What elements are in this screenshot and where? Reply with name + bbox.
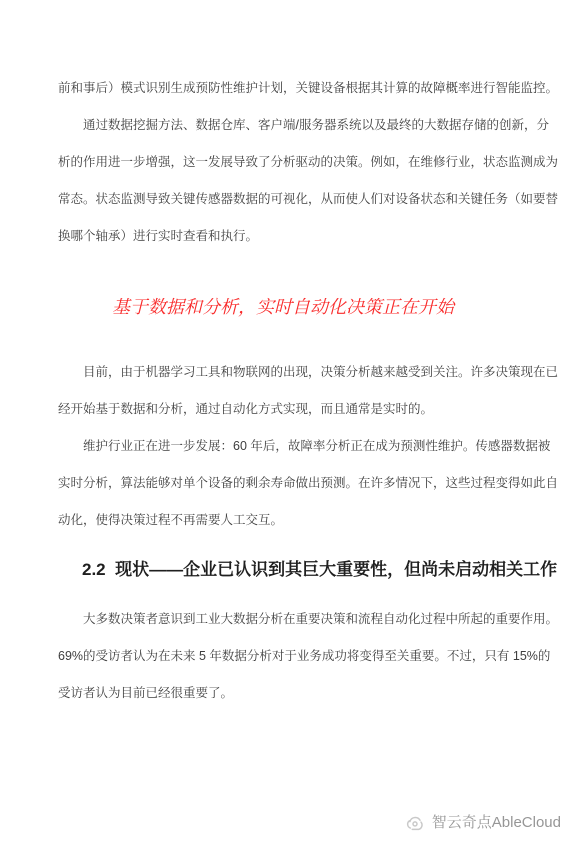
brand-watermark: 智云奇点AbleCloud	[404, 810, 561, 836]
paragraph-realtime-decisions: 目前，由于机器学习工具和物联网的出现，决策分析越来越受到关注。许多决策现在已 经…	[58, 354, 558, 539]
section-heading-2-2: 2.2 现状——企业已认识到其巨大重要性，但尚未启动相关工作	[58, 551, 558, 588]
document-page: 前和事后）模式识别生成预防性维护计划，关键设备根据其计算的故障概率进行智能监控。…	[0, 0, 587, 853]
cloud-logo-icon	[404, 812, 426, 834]
paragraph-survey-results: 大多数决策者意识到工业大数据分析在重要决策和流程自动化过程中所起的重要作用。 6…	[58, 601, 558, 712]
paragraph-preventive-maintenance: 前和事后）模式识别生成预防性维护计划，关键设备根据其计算的故障概率进行智能监控。…	[58, 70, 558, 255]
article-body: 前和事后）模式识别生成预防性维护计划，关键设备根据其计算的故障概率进行智能监控。…	[58, 70, 558, 712]
red-italic-heading: 基于数据和分析，实时自动化决策正在开始	[33, 289, 533, 326]
brand-name: 智云奇点AbleCloud	[432, 810, 561, 836]
